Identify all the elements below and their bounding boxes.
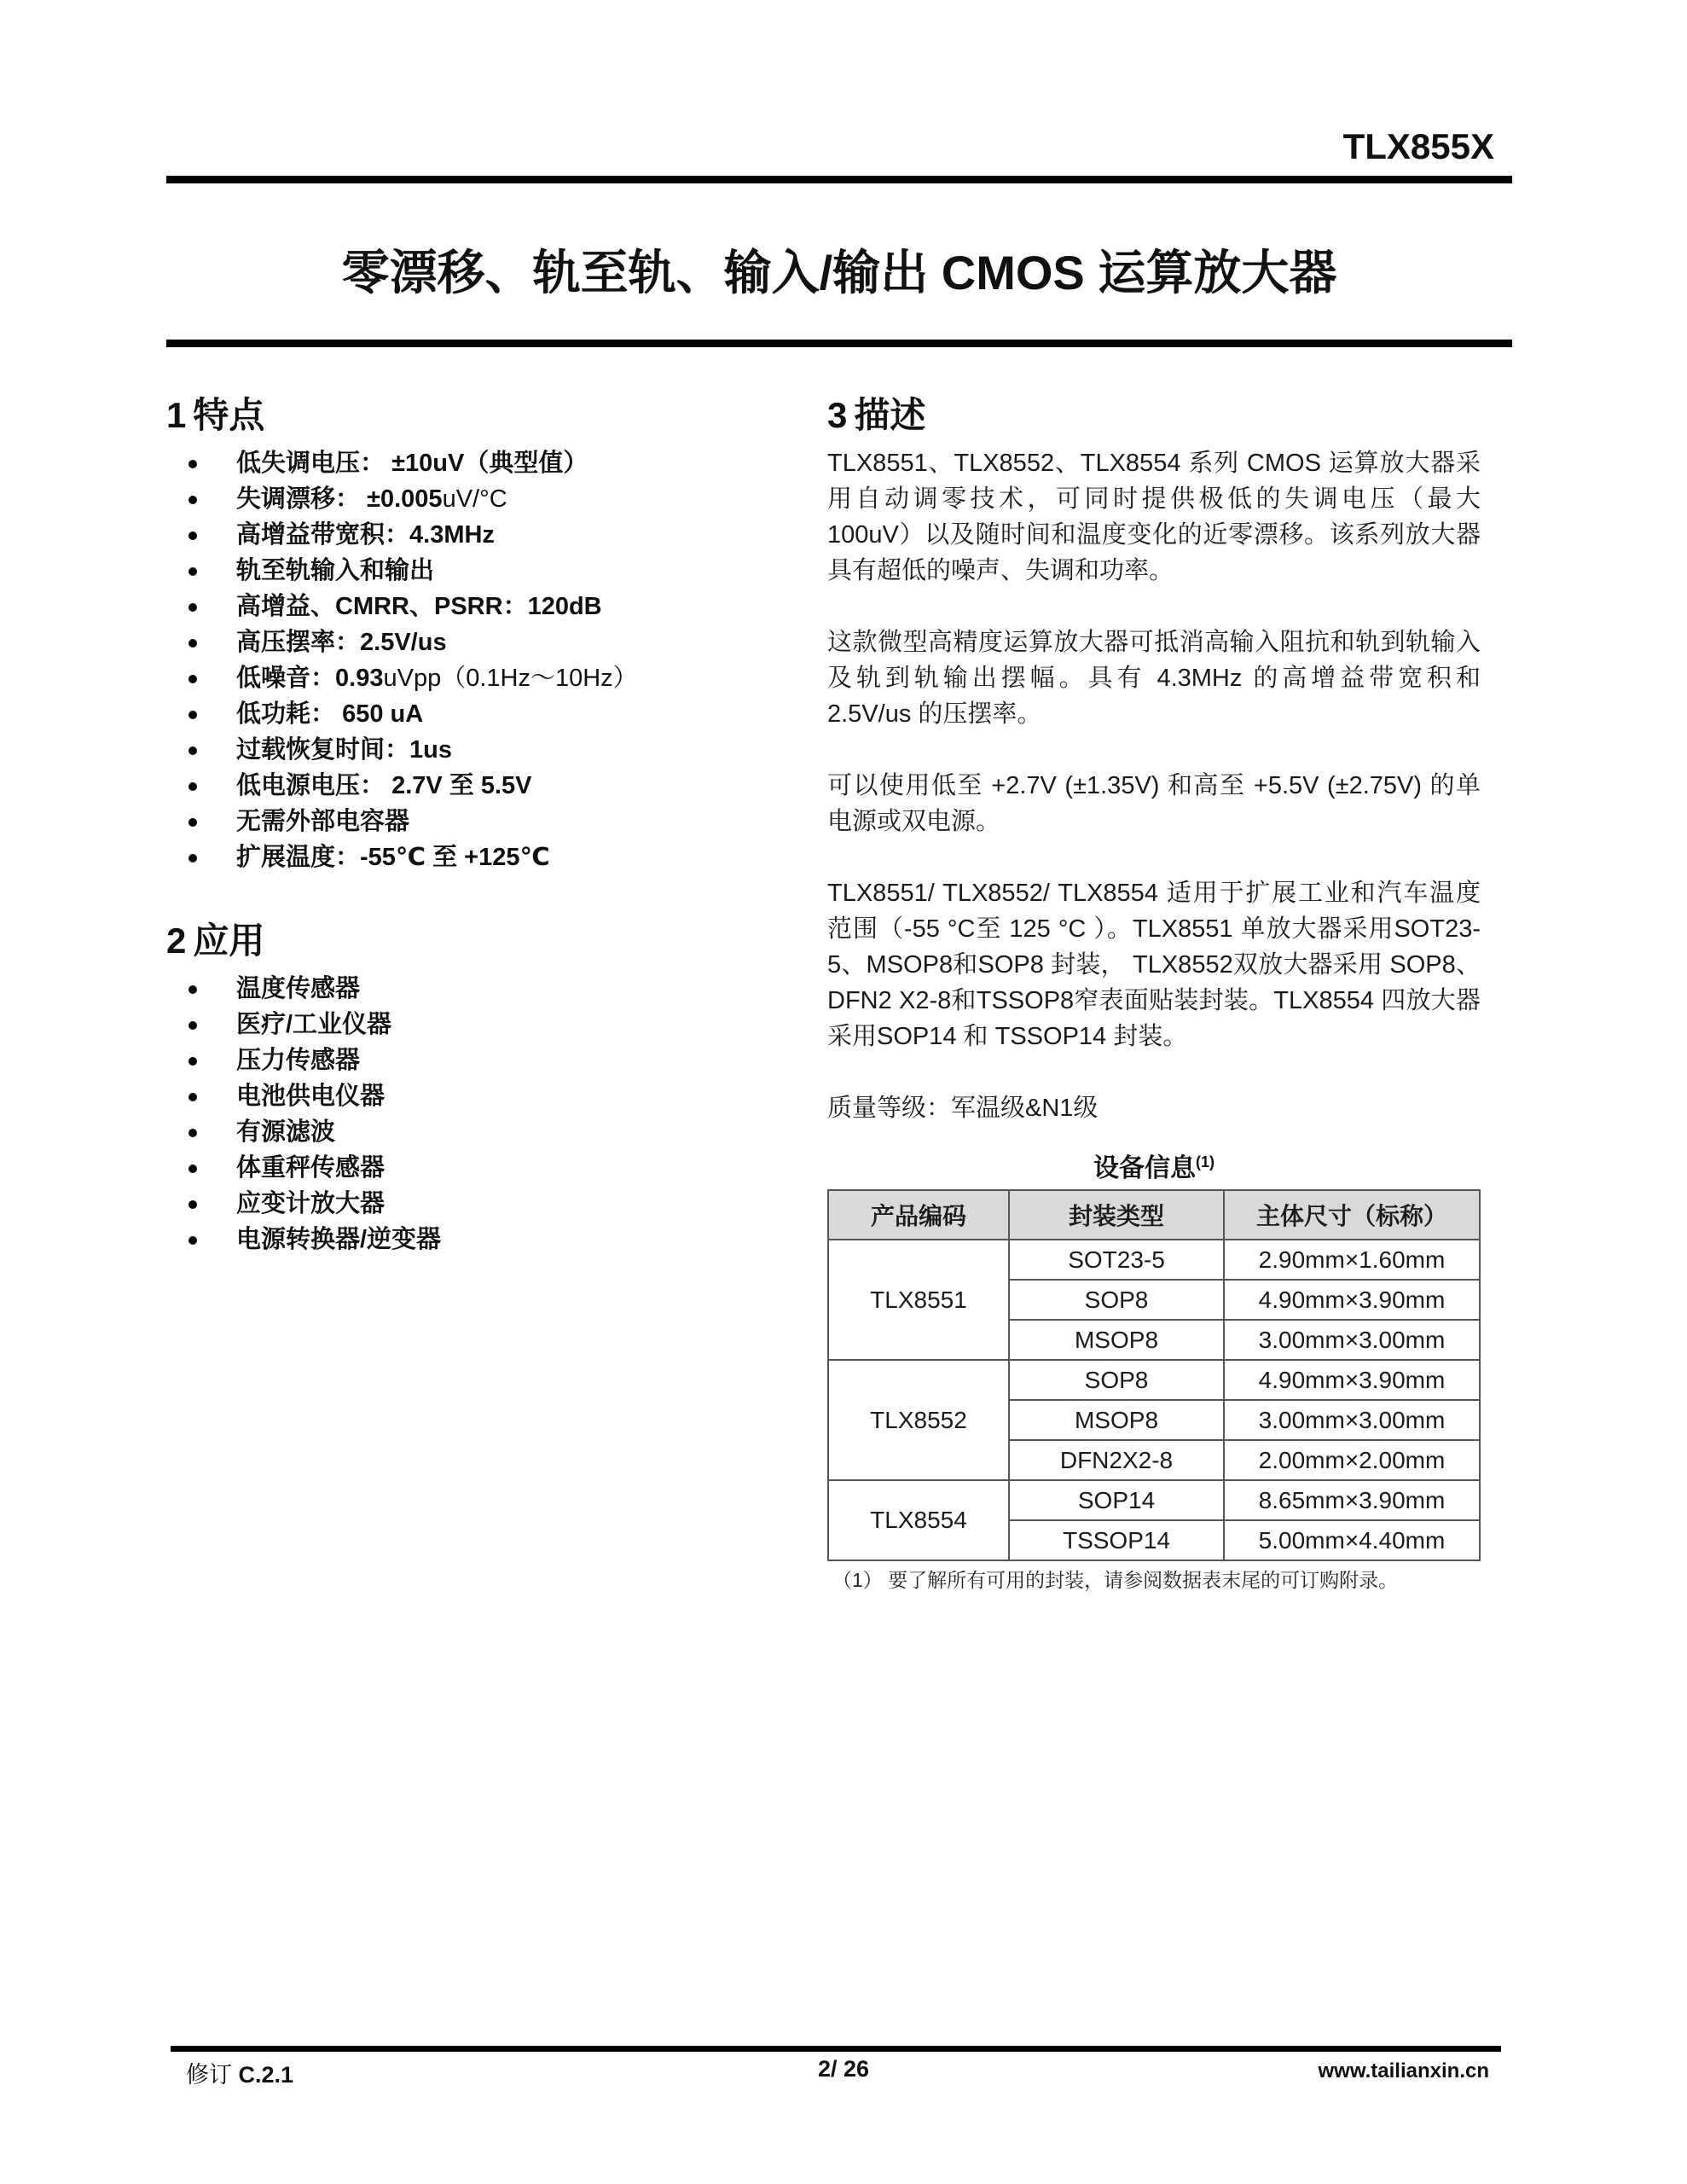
feature-item: 过载恢复时间：1us — [166, 732, 780, 768]
features-heading: 1特点 — [166, 394, 780, 437]
column-header-part: 产品编码 — [828, 1190, 1009, 1240]
section-number: 2 — [166, 921, 186, 961]
package-cell: MSOP8 — [1009, 1320, 1224, 1360]
package-cell: SOP14 — [1009, 1480, 1224, 1520]
feature-item: 扩展温度：-55℃ 至 +125℃ — [166, 839, 780, 875]
column-header-package: 封装类型 — [1009, 1190, 1224, 1240]
feature-item: 低失调电压： ±10uV（典型值） — [166, 445, 780, 481]
package-cell: SOP8 — [1009, 1360, 1224, 1400]
applications-heading: 2应用 — [166, 920, 780, 962]
size-cell: 3.00mm×3.00mm — [1224, 1400, 1480, 1440]
package-cell: DFN2X2-8 — [1009, 1440, 1224, 1480]
left-column: 1特点 低失调电压： ±10uV（典型值） 失调漂移： ±0.005uV/°C … — [166, 394, 780, 1258]
table-footnote: （1） 要了解所有可用的封装，请参阅数据表末尾的可订购附录。 — [827, 1565, 1481, 1593]
table-header-row: 产品编码 封装类型 主体尺寸（标称） — [828, 1190, 1480, 1240]
device-table-caption: 设备信息(1) — [827, 1147, 1481, 1184]
size-cell: 2.90mm×1.60mm — [1224, 1240, 1480, 1280]
description-heading: 3描述 — [827, 394, 1481, 437]
column-header-size: 主体尺寸（标称） — [1224, 1190, 1480, 1240]
description-paragraph: TLX8551、TLX8552、TLX8554 系列 CMOS 运算放大器采用自… — [827, 445, 1481, 589]
section-number: 1 — [166, 395, 186, 435]
size-cell: 4.90mm×3.90mm — [1224, 1360, 1480, 1400]
feature-item: 高增益、CMRR、PSRR：120dB — [166, 589, 780, 624]
package-cell: SOT23-5 — [1009, 1240, 1224, 1280]
size-cell: 5.00mm×4.40mm — [1224, 1520, 1480, 1560]
section-title: 应用 — [193, 921, 264, 961]
application-item: 有源滤波 — [166, 1114, 780, 1150]
feature-item: 高压摆率：2.5V/us — [166, 624, 780, 660]
document-title: 零漂移、轨至轨、输入/输出 CMOS 运算放大器 — [166, 235, 1512, 304]
description-paragraph: 这款微型高精度运算放大器可抵消高输入阻抗和轨到轨输入及轨到轨输出摆幅。具有 4.… — [827, 624, 1481, 732]
description-paragraph: 可以使用低至 +2.7V (±1.35V) 和高至 +5.5V (±2.75V)… — [827, 768, 1481, 839]
table-row: TLX8551 SOT23-5 2.90mm×1.60mm — [828, 1240, 1480, 1280]
table-row: TLX8554 SOP14 8.65mm×3.90mm — [828, 1480, 1480, 1520]
application-item: 电池供电仪器 — [166, 1078, 780, 1114]
application-item: 压力传感器 — [166, 1043, 780, 1078]
feature-item: 低电源电压： 2.7V 至 5.5V — [166, 768, 780, 804]
description-paragraph: TLX8551/ TLX8552/ TLX8554 适用于扩展工业和汽车温度范围… — [827, 875, 1481, 1054]
feature-item: 无需外部电容器 — [166, 804, 780, 839]
header-rule — [166, 176, 1512, 183]
section-number: 3 — [827, 395, 847, 435]
feature-item: 低功耗： 650 uA — [166, 696, 780, 732]
section-title: 特点 — [193, 395, 264, 435]
size-cell: 4.90mm×3.90mm — [1224, 1280, 1480, 1320]
features-section: 1特点 低失调电压： ±10uV（典型值） 失调漂移： ±0.005uV/°C … — [166, 394, 780, 875]
package-cell: SOP8 — [1009, 1280, 1224, 1320]
section-title: 描述 — [854, 395, 925, 435]
quality-grade: 质量等级：军温级&N1级 — [827, 1090, 1481, 1126]
size-cell: 8.65mm×3.90mm — [1224, 1480, 1480, 1520]
feature-item: 失调漂移： ±0.005uV/°C — [166, 481, 780, 517]
device-info-table: 产品编码 封装类型 主体尺寸（标称） TLX8551 SOT23-5 2.90m… — [827, 1189, 1481, 1561]
table-row: TLX8552 SOP8 4.90mm×3.90mm — [828, 1360, 1480, 1400]
website-link[interactable]: www.tailianxin.cn — [1319, 2059, 1489, 2083]
feature-item: 轨至轨输入和输出 — [166, 553, 780, 589]
package-cell: TSSOP14 — [1009, 1520, 1224, 1560]
part-cell: TLX8552 — [828, 1360, 1009, 1480]
size-cell: 3.00mm×3.00mm — [1224, 1320, 1480, 1360]
right-column: 3描述 TLX8551、TLX8552、TLX8554 系列 CMOS 运算放大… — [827, 394, 1481, 1593]
applications-list: 温度传感器 医疗/工业仪器 压力传感器 电池供电仪器 有源滤波 体重秤传感器 应… — [166, 971, 780, 1258]
part-cell: TLX8551 — [828, 1240, 1009, 1360]
description-section: 3描述 TLX8551、TLX8552、TLX8554 系列 CMOS 运算放大… — [827, 394, 1481, 1126]
applications-section: 2应用 温度传感器 医疗/工业仪器 压力传感器 电池供电仪器 有源滤波 体重秤传… — [166, 920, 780, 1258]
application-item: 医疗/工业仪器 — [166, 1007, 780, 1043]
size-cell: 2.00mm×2.00mm — [1224, 1440, 1480, 1480]
features-list: 低失调电压： ±10uV（典型值） 失调漂移： ±0.005uV/°C 高增益带… — [166, 445, 780, 875]
title-rule — [166, 340, 1512, 347]
document-code: TLX855X — [1343, 126, 1494, 167]
application-item: 应变计放大器 — [166, 1186, 780, 1222]
application-item: 电源转换器/逆变器 — [166, 1222, 780, 1258]
part-cell: TLX8554 — [828, 1480, 1009, 1560]
footnote-ref: (1) — [1196, 1153, 1215, 1170]
footer-rule — [171, 2046, 1501, 2052]
feature-item: 高增益带宽积：4.3MHz — [166, 517, 780, 553]
application-item: 体重秤传感器 — [166, 1150, 780, 1186]
feature-item: 低噪音：0.93uVpp（0.1Hz～10Hz） — [166, 660, 780, 696]
package-cell: MSOP8 — [1009, 1400, 1224, 1440]
application-item: 温度传感器 — [166, 971, 780, 1007]
